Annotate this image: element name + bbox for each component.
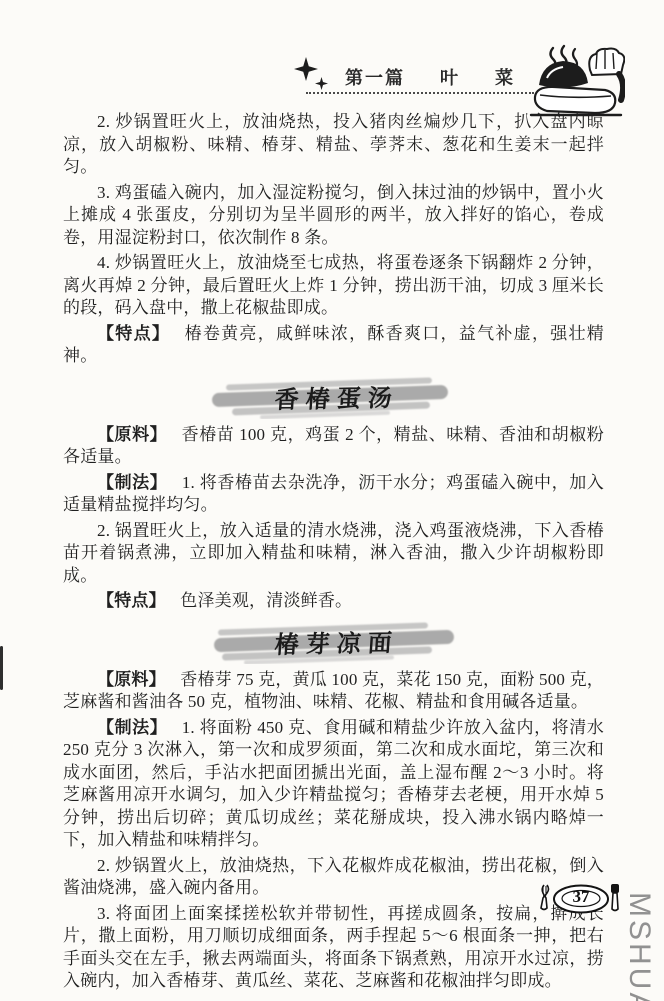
paragraph-text: 4. 炒锅置旺火上，放油烧至七成热，将蛋卷逐条下锅翻炸 2 分钟，离火再焯 2 …: [63, 253, 604, 317]
paragraph-text: 2. 炒锅置火上，放油烧热，下入花椒炸成花椒油，捞出花椒，倒入酱油烧沸，盛入碗内…: [63, 856, 604, 898]
paragraph-label: 【特点】: [97, 324, 170, 343]
recipe-ingredients: 【原料】香椿芽 75 克，黄瓜 100 克，菜花 150 克，面粉 500 克，…: [63, 669, 604, 714]
chapter-number: 第一篇: [345, 64, 405, 90]
paragraph-text: 3. 鸡蛋磕入碗内，加入湿淀粉搅匀，倒入抹过油的炒锅中，置小火上摊成 4 张蛋皮…: [63, 183, 604, 247]
recipe-step: 3. 鸡蛋磕入碗内，加入湿淀粉搅匀，倒入抹过油的炒锅中，置小火上摊成 4 张蛋皮…: [63, 182, 604, 250]
recipe-title-banner: 香椿蛋汤: [208, 375, 460, 419]
recipe-step: 3. 将面团上面案揉搓松软并带韧性，再搓成圆条，按扁，擀成长片，撒上面粉，用刀顺…: [63, 903, 604, 993]
paragraph-label: 【原料】: [97, 425, 167, 444]
recipe-method: 【制法】1. 将面粉 450 克、食用碱和精盐少许放入盆内，将清水 250 克分…: [63, 717, 604, 852]
paragraph-label: 【原料】: [97, 670, 166, 689]
paragraph-label: 【特点】: [97, 591, 166, 610]
scan-artifact: [0, 646, 3, 690]
recipe-title: 椿芽凉面: [267, 623, 401, 660]
recipe-feature: 【特点】椿卷黄亮，咸鲜味浓，酥香爽口，益气补虚，强壮精神。: [63, 323, 604, 368]
paragraph-label: 【制法】: [97, 473, 167, 492]
watermark: MSHUA: [623, 892, 655, 1001]
paragraph-text: 2. 炒锅置旺火上，放油烧热，投入猪肉丝煸炒几下，扒入盘内晾凉，放入胡椒粉、味精…: [63, 112, 604, 176]
recipe-step: 2. 锅置旺火上，放入适量的清水烧沸，浇入鸡蛋液烧沸，下入香椿苗开着锅煮沸，立即…: [63, 520, 604, 588]
page-number: 37: [563, 887, 599, 907]
paragraph-text: 色泽美观，清淡鲜香。: [180, 591, 352, 610]
chapter-heading: 第一篇 叶 菜: [345, 64, 515, 90]
recipe-step: 2. 炒锅置旺火上，放油烧热，投入猪肉丝煸炒几下，扒入盘内晾凉，放入胡椒粉、味精…: [63, 111, 604, 179]
paragraph-text: 2. 锅置旺火上，放入适量的清水烧沸，浇入鸡蛋液烧沸，下入香椿苗开着锅煮沸，立即…: [63, 521, 604, 585]
page-body: 2. 炒锅置旺火上，放油烧热，投入猪肉丝煸炒几下，扒入盘内晾凉，放入胡椒粉、味精…: [63, 111, 604, 993]
paragraph-text: 1. 将面粉 450 克、食用碱和精盐少许放入盆内，将清水 250 克分 3 次…: [63, 718, 604, 850]
recipe-step: 2. 炒锅置火上，放油烧热，下入花椒炸成花椒油，捞出花椒，倒入酱油烧沸，盛入碗内…: [63, 855, 604, 900]
recipe-title-banner: 椿芽凉面: [208, 620, 460, 664]
chapter-word-1: 叶: [440, 64, 460, 90]
recipe-title: 香椿蛋汤: [267, 378, 401, 415]
knife-icon: [611, 884, 619, 911]
page-number-badge: 37: [537, 882, 623, 916]
book-page: 第一篇 叶 菜 2. 炒锅置旺火上，放油烧热，投入猪肉丝煸炒几下，: [0, 0, 664, 1001]
recipe-ingredients: 【原料】香椿苗 100 克，鸡蛋 2 个，精盐、味精、香油和胡椒粉各适量。: [63, 424, 604, 469]
fork-icon: [541, 885, 549, 910]
recipe-method: 【制法】1. 将香椿苗去杂洗净，沥干水分；鸡蛋磕入碗中，加入适量精盐搅拌均匀。: [63, 472, 604, 517]
dotted-rule: [306, 92, 534, 94]
chapter-word-2: 菜: [495, 64, 515, 90]
chef-dish-illustration: [527, 44, 625, 118]
four-point-star-small-icon: [315, 77, 328, 90]
paragraph-text: 3. 将面团上面案揉搓松软并带韧性，再搓成圆条，按扁，擀成长片，撒上面粉，用刀顺…: [63, 904, 604, 991]
recipe-step: 4. 炒锅置旺火上，放油烧至七成热，将蛋卷逐条下锅翻炸 2 分钟，离火再焯 2 …: [63, 252, 604, 320]
recipe-feature: 【特点】色泽美观，清淡鲜香。: [63, 590, 604, 613]
paragraph-label: 【制法】: [97, 718, 167, 737]
